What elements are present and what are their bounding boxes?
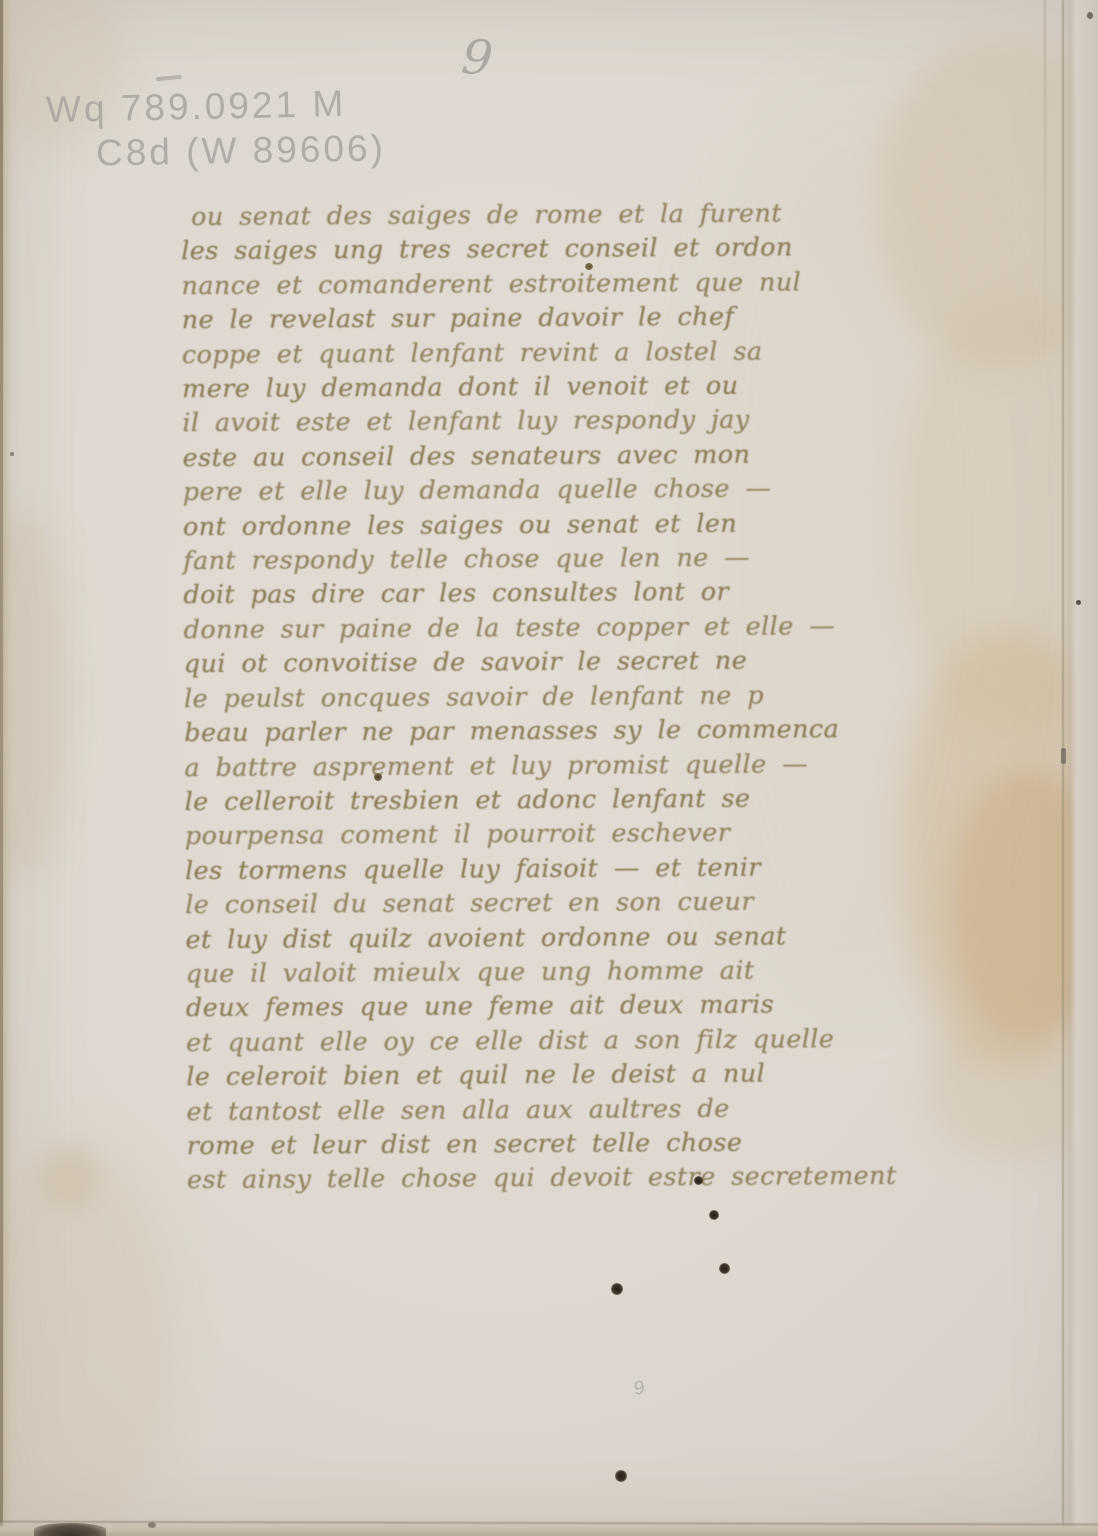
manuscript-line: il avoit este et lenfant luy respondy ja… bbox=[182, 402, 894, 441]
manuscript-line: le conseil du senat secret en son cueur bbox=[185, 884, 897, 923]
manuscript-line: qui ot convoitise de savoir le secret ne bbox=[184, 643, 896, 682]
speck bbox=[1061, 748, 1066, 764]
ink-blot bbox=[585, 263, 593, 270]
manuscript-line: et luy dist quilz avoient ordonne ou sen… bbox=[185, 918, 897, 957]
manuscript-line: ont ordonne les saiges ou senat et len bbox=[183, 505, 895, 544]
wormhole bbox=[694, 1176, 703, 1185]
wormhole bbox=[611, 1283, 623, 1295]
speck bbox=[1076, 600, 1081, 605]
manuscript-line: pere et elle luy demanda quelle chose — bbox=[183, 471, 895, 510]
page-edge-left-line bbox=[0, 0, 3, 1536]
pencil-tick-mark bbox=[156, 75, 182, 82]
manuscript-line: rome et leur dist en secret telle chose bbox=[187, 1125, 899, 1164]
manuscript-line: coppe et quant lenfant revint a lostel s… bbox=[182, 333, 894, 372]
pencil-squiggle: 9 bbox=[631, 1377, 647, 1401]
manuscript-line: est ainsy telle chose qui devoit estre s… bbox=[187, 1159, 899, 1198]
water-stain bbox=[40, 1150, 100, 1210]
manuscript-line: doit pas dire car les consultes lont or bbox=[183, 574, 895, 613]
speck bbox=[148, 1522, 156, 1528]
manuscript-line: este au conseil des senateurs avec mon bbox=[182, 437, 894, 476]
wormhole bbox=[719, 1263, 730, 1274]
manuscript-line: les tormens quelle luy faisoit — et teni… bbox=[185, 850, 897, 889]
manuscript-line: donne sur paine de la teste copper et el… bbox=[183, 609, 895, 648]
manuscript-line: les saiges ung tres secret conseil et or… bbox=[181, 230, 893, 269]
page-edge-right bbox=[1062, 0, 1098, 1536]
manuscript-line: le celleroit tresbien et adonc lenfant s… bbox=[185, 781, 897, 820]
manuscript-line: beau parler ne par menasses sy le commen… bbox=[184, 712, 896, 751]
manuscript-line: nance et comanderent estroitement que nu… bbox=[181, 265, 893, 304]
manuscript-line: deux femes que une feme ait deux maris bbox=[186, 987, 898, 1026]
page-edge-right-line bbox=[1062, 0, 1064, 1536]
wormhole bbox=[615, 1470, 627, 1482]
speck bbox=[1087, 12, 1093, 19]
manuscript-line: et tantost elle sen alla aux aultres de bbox=[186, 1090, 898, 1129]
manuscript-line: pourpensa coment il pourroit eschever bbox=[185, 815, 897, 854]
manuscript-line: ou senat des saiges de rome et la furent bbox=[181, 196, 893, 235]
manuscript-line: ne le revelast sur paine davoir le chef bbox=[182, 299, 894, 338]
shelfmark-line-1: Wq 789.0921 M bbox=[46, 83, 347, 131]
manuscript-line: a battre asprement et luy promist quelle… bbox=[184, 746, 896, 785]
ink-blot bbox=[374, 773, 382, 781]
manuscript-line: le celeroit bien et quil ne le deist a n… bbox=[186, 1056, 898, 1095]
manuscript-line: le peulst oncques savoir de lenfant ne p bbox=[184, 678, 896, 717]
manuscript-text-block: ou senat des saiges de rome et la furent… bbox=[181, 196, 899, 1198]
folio-number: 9 bbox=[459, 29, 495, 88]
fold-crease bbox=[1044, 0, 1046, 360]
bottom-corner-shadow bbox=[34, 1523, 106, 1536]
manuscript-line: fant respondy telle chose que len ne — bbox=[183, 540, 895, 579]
manuscript-page: Wq 789.0921 M C8d (W 89606) 9 9 ou senat… bbox=[0, 0, 1098, 1536]
manuscript-line: mere luy demanda dont il venoit et ou bbox=[182, 368, 894, 407]
shelfmark-line-2: C8d (W 89606) bbox=[96, 127, 387, 174]
wormhole bbox=[709, 1210, 719, 1220]
manuscript-line: que il valoit mieulx que ung homme ait bbox=[186, 953, 898, 992]
manuscript-line: et quant elle oy ce elle dist a son filz… bbox=[186, 1022, 898, 1061]
speck bbox=[10, 452, 14, 456]
water-stain bbox=[0, 1140, 175, 1536]
